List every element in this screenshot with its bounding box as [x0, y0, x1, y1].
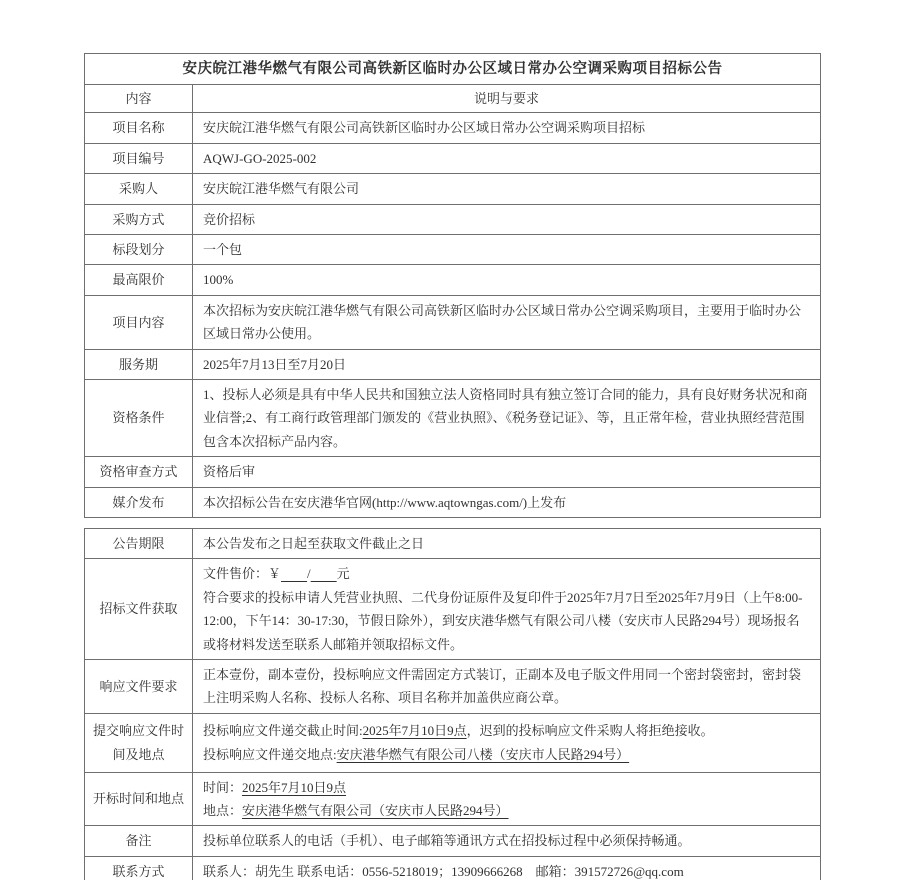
opening-time-line: 时间：2025年7月10日9点: [203, 776, 808, 799]
opening-place-value: 安庆港华燃气有限公司（安庆市人民路294号）: [242, 803, 509, 818]
row-label-project-number: 项目编号: [85, 143, 193, 173]
table-row: 标段划分 一个包: [85, 235, 821, 265]
row-label-qualification: 资格条件: [85, 380, 193, 457]
tender-process-table: 公告期限 本公告发布之日起至获取文件截止之日 招标文件获取 文件售价：￥ / 元…: [84, 528, 821, 880]
row-value-lot-division: 一个包: [193, 235, 821, 265]
row-value-bid-opening: 时间：2025年7月10日9点 地点：安庆港华燃气有限公司（安庆市人民路294号…: [193, 772, 821, 826]
row-value-submission: 投标响应文件递交截止时间:2025年7月10日9点，迟到的投标响应文件采购人将拒…: [193, 713, 821, 772]
table-row: 响应文件要求 正本壹份，副本壹份，投标响应文件需固定方式装订，正副本及电子版文件…: [85, 659, 821, 713]
table-row: 提交响应文件时间及地点 投标响应文件递交截止时间:2025年7月10日9点，迟到…: [85, 713, 821, 772]
row-label-lot-division: 标段划分: [85, 235, 193, 265]
row-label-submission: 提交响应文件时间及地点: [85, 713, 193, 772]
row-label-doc-acquisition: 招标文件获取: [85, 559, 193, 660]
document-page: 安庆皖江港华燃气有限公司高铁新区临时办公区域日常办公空调采购项目招标公告 内容 …: [0, 0, 900, 880]
doc-fee-blank: [311, 566, 337, 581]
row-value-project-number: AQWJ-GO-2025-002: [193, 143, 821, 173]
row-label-service-period: 服务期: [85, 349, 193, 379]
submission-deadline-suffix: ，迟到的投标响应文件采购人将拒绝接收。: [467, 723, 714, 738]
table-row: 资格审查方式 资格后审: [85, 457, 821, 487]
opening-place-line: 地点：安庆港华燃气有限公司（安庆市人民路294号）: [203, 799, 808, 822]
table-row: 最高限价 100%: [85, 265, 821, 295]
table-row: 采购人 安庆皖江港华燃气有限公司: [85, 174, 821, 204]
table-row: 服务期 2025年7月13日至7月20日: [85, 349, 821, 379]
row-label-project-name: 项目名称: [85, 113, 193, 143]
table-row: 项目内容 本次招标为安庆皖江港华燃气有限公司高铁新区临时办公区域日常办公空调采购…: [85, 295, 821, 349]
table-row: 招标文件获取 文件售价：￥ / 元 符合要求的投标申请人凭营业执照、二代身份证原…: [85, 559, 821, 660]
row-label-purchaser: 采购人: [85, 174, 193, 204]
row-label-qualification-review: 资格审查方式: [85, 457, 193, 487]
table-row: 安庆皖江港华燃气有限公司高铁新区临时办公区域日常办公空调采购项目招标公告: [85, 54, 821, 85]
table-row: 采购方式 竞价招标: [85, 204, 821, 234]
submission-deadline-line: 投标响应文件递交截止时间:2025年7月10日9点，迟到的投标响应文件采购人将拒…: [203, 719, 808, 742]
row-value-procurement-method: 竞价招标: [193, 204, 821, 234]
table-row: 公告期限 本公告发布之日起至获取文件截止之日: [85, 528, 821, 558]
row-value-purchaser: 安庆皖江港华燃气有限公司: [193, 174, 821, 204]
row-value-qualification-review: 资格后审: [193, 457, 821, 487]
document-title: 安庆皖江港华燃气有限公司高铁新区临时办公区域日常办公空调采购项目招标公告: [85, 54, 821, 85]
table-row: 资格条件 1、投标人必须是具有中华人民共和国独立法人资格同时具有独立签订合同的能…: [85, 380, 821, 457]
row-value-price-ceiling: 100%: [193, 265, 821, 295]
opening-place-prefix: 地点：: [203, 803, 242, 818]
column-header-content: 内容: [85, 85, 193, 113]
opening-time-prefix: 时间：: [203, 780, 242, 795]
row-label-project-content: 项目内容: [85, 295, 193, 349]
doc-acquisition-detail: 符合要求的投标申请人凭营业执照、二代身份证原件及复印件于2025年7月7日至20…: [203, 586, 808, 656]
row-label-announcement-period: 公告期限: [85, 528, 193, 558]
table-row: 备注 投标单位联系人的电话（手机）、电子邮箱等通讯方式在招投标过程中必须保持畅通…: [85, 826, 821, 856]
tender-announcement: 安庆皖江港华燃气有限公司高铁新区临时办公区域日常办公空调采购项目招标公告 内容 …: [84, 53, 820, 880]
table-row: 项目编号 AQWJ-GO-2025-002: [85, 143, 821, 173]
row-label-bid-opening: 开标时间和地点: [85, 772, 193, 826]
table-row: 项目名称 安庆皖江港华燃气有限公司高铁新区临时办公区域日常办公空调采购项目招标: [85, 113, 821, 143]
row-value-qualification: 1、投标人必须是具有中华人民共和国独立法人资格同时具有独立签订合同的能力，具有良…: [193, 380, 821, 457]
row-value-contact: 联系人：胡先生 联系电话：0556-5218019；13909666268 邮箱…: [193, 856, 821, 880]
doc-fee-blank: [281, 566, 307, 581]
row-label-procurement-method: 采购方式: [85, 204, 193, 234]
table-row: 媒介发布 本次招标公告在安庆港华官网(http://www.aqtowngas.…: [85, 487, 821, 517]
submission-deadline-time: 2025年7月10日9点: [363, 723, 467, 738]
row-value-media-release: 本次招标公告在安庆港华官网(http://www.aqtowngas.com/)…: [193, 487, 821, 517]
doc-fee-line: 文件售价：￥ / 元: [203, 562, 808, 585]
submission-place-line: 投标响应文件递交地点:安庆港华燃气有限公司八楼（安庆市人民路294号）: [203, 743, 808, 766]
row-value-project-content: 本次招标为安庆皖江港华燃气有限公司高铁新区临时办公区域日常办公空调采购项目，主要…: [193, 295, 821, 349]
row-value-response-requirements: 正本壹份，副本壹份，投标响应文件需固定方式装订，正副本及电子版文件用同一个密封袋…: [193, 659, 821, 713]
table-header-row: 内容 说明与要求: [85, 85, 821, 113]
submission-place-value: 安庆港华燃气有限公司八楼（安庆市人民路294号）: [337, 747, 630, 762]
row-value-announcement-period: 本公告发布之日起至获取文件截止之日: [193, 528, 821, 558]
doc-fee-unit: 元: [337, 566, 350, 581]
row-value-remarks: 投标单位联系人的电话（手机）、电子邮箱等通讯方式在招投标过程中必须保持畅通。: [193, 826, 821, 856]
row-value-doc-acquisition: 文件售价：￥ / 元 符合要求的投标申请人凭营业执照、二代身份证原件及复印件于2…: [193, 559, 821, 660]
row-label-media-release: 媒介发布: [85, 487, 193, 517]
opening-time-value: 2025年7月10日9点: [242, 780, 346, 795]
doc-fee-label: 文件售价：￥: [203, 566, 281, 581]
submission-place-prefix: 投标响应文件递交地点:: [203, 747, 337, 762]
row-label-price-ceiling: 最高限价: [85, 265, 193, 295]
row-label-remarks: 备注: [85, 826, 193, 856]
submission-deadline-prefix: 投标响应文件递交截止时间:: [203, 723, 363, 738]
column-header-description: 说明与要求: [193, 85, 821, 113]
table-row: 开标时间和地点 时间：2025年7月10日9点 地点：安庆港华燃气有限公司（安庆…: [85, 772, 821, 826]
row-value-service-period: 2025年7月13日至7月20日: [193, 349, 821, 379]
tender-info-table: 安庆皖江港华燃气有限公司高铁新区临时办公区域日常办公空调采购项目招标公告 内容 …: [84, 53, 821, 518]
row-label-response-requirements: 响应文件要求: [85, 659, 193, 713]
row-label-contact: 联系方式: [85, 856, 193, 880]
row-value-project-name: 安庆皖江港华燃气有限公司高铁新区临时办公区域日常办公空调采购项目招标: [193, 113, 821, 143]
table-row: 联系方式 联系人：胡先生 联系电话：0556-5218019；139096662…: [85, 856, 821, 880]
